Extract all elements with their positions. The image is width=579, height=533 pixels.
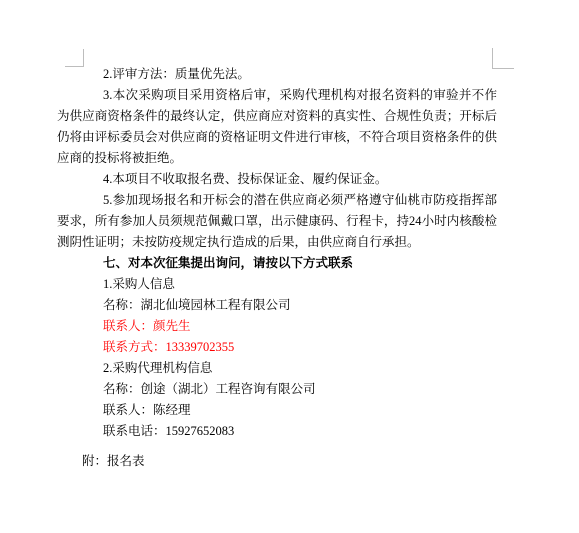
document-body: 2.评审方法：质量优先法。 3.本次采购项目采用资格后审，采购代理机构对报名资料…	[57, 64, 497, 472]
attachment-note-line: 附：报名表	[57, 451, 497, 472]
paragraph-review-method: 2.评审方法：质量优先法。	[57, 64, 497, 85]
buyer-contact-number-line: 联系方式：13339702355	[57, 337, 497, 358]
paragraph-no-fees: 4.本项目不收取报名费、投标保证金、履约保证金。	[57, 169, 497, 190]
agency-name-line: 名称：创途（湖北）工程咨询有限公司	[57, 379, 497, 400]
buyer-contact-person-line: 联系人：颜先生	[57, 316, 497, 337]
agency-phone-line: 联系电话：15927652083	[57, 421, 497, 442]
document-page: 2.评审方法：质量优先法。 3.本次采购项目采用资格后审，采购代理机构对报名资料…	[0, 0, 579, 533]
section-heading-contact: 七、对本次征集提出询问，请按以下方式联系	[57, 253, 497, 274]
buyer-info-title: 1.采购人信息	[57, 274, 497, 295]
agency-contact-person-line: 联系人：陈经理	[57, 400, 497, 421]
paragraph-epidemic-rules: 5.参加现场报名和开标会的潜在供应商必须严格遵守仙桃市防疫指挥部要求，所有参加人…	[57, 190, 497, 253]
buyer-name-line: 名称：湖北仙境园林工程有限公司	[57, 295, 497, 316]
paragraph-qualification-review: 3.本次采购项目采用资格后审，采购代理机构对报名资料的审验并不作为供应商资格条件…	[57, 85, 497, 169]
agency-info-title: 2.采购代理机构信息	[57, 358, 497, 379]
